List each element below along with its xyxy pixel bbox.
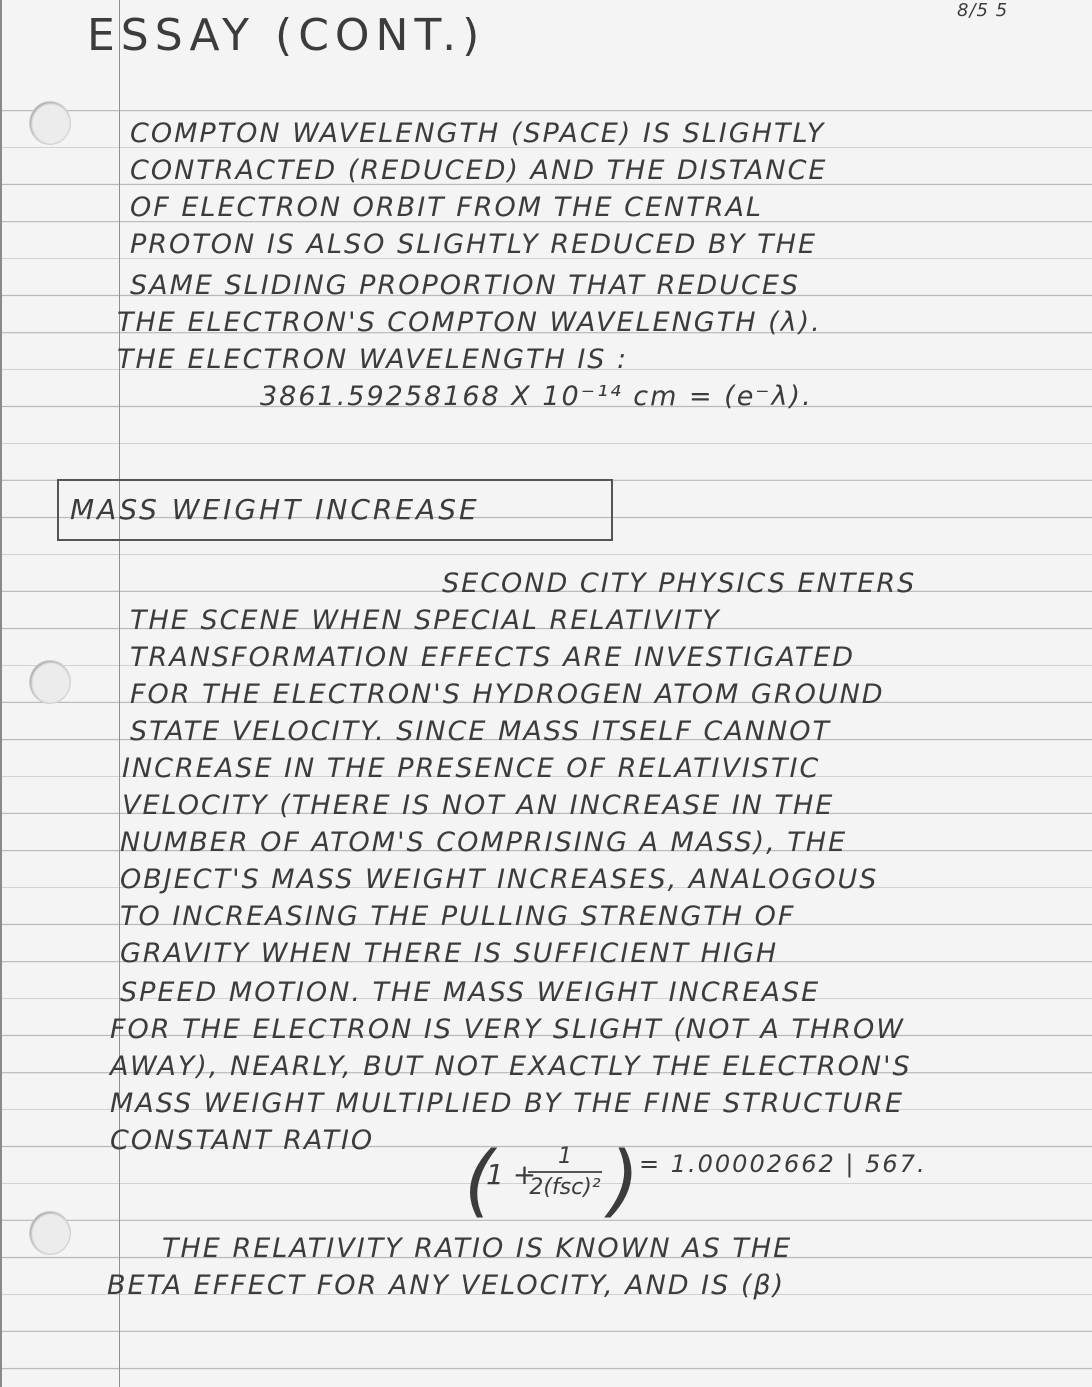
page-title: ESSAY (CONT.): [87, 10, 485, 61]
text-line: INCREASE IN THE PRESENCE OF RELATIVISTIC: [122, 753, 820, 784]
formula-fraction: 1 2(fsc)²: [528, 1144, 602, 1200]
text-line: THE RELATIVITY RATIO IS KNOWN AS THE: [162, 1233, 792, 1264]
text-line: GRAVITY WHEN THERE IS SUFFICIENT HIGH: [120, 938, 778, 969]
text-line: MASS WEIGHT MULTIPLIED BY THE FINE STRUC…: [110, 1088, 904, 1119]
text-line: CONTRACTED (REDUCED) AND THE DISTANCE: [130, 155, 828, 186]
text-line: THE ELECTRON WAVELENGTH IS :: [117, 344, 628, 375]
text-line: STATE VELOCITY. SINCE MASS ITSELF CANNOT: [130, 716, 831, 747]
text-line: FOR THE ELECTRON IS VERY SLIGHT (NOT A T…: [110, 1014, 905, 1045]
formula-result: = 1.00002662 | 567.: [639, 1150, 927, 1178]
fraction-bar: [528, 1171, 602, 1173]
text-line: THE ELECTRON'S COMPTON WAVELENGTH (λ).: [117, 307, 822, 338]
text-line: BETA EFFECT FOR ANY VELOCITY, AND IS (β): [107, 1270, 785, 1301]
margin-line: [119, 0, 120, 1387]
section-heading: MASS WEIGHT INCREASE: [70, 493, 480, 526]
text-line: SAME SLIDING PROPORTION THAT REDUCES: [130, 270, 800, 301]
text-line: FOR THE ELECTRON'S HYDROGEN ATOM GROUND: [130, 679, 885, 710]
text-line: AWAY), NEARLY, BUT NOT EXACTLY THE ELECT…: [110, 1051, 912, 1082]
text-line: CONSTANT RATIO: [110, 1125, 374, 1156]
text-line: SPEED MOTION. THE MASS WEIGHT INCREASE: [120, 977, 820, 1008]
wavelength-value: 3861.59258168 X 10⁻¹⁴ cm = (e⁻λ).: [260, 381, 813, 412]
text-line: OBJECT'S MASS WEIGHT INCREASES, ANALOGOU…: [120, 864, 878, 895]
fraction-numerator: 1: [528, 1144, 602, 1169]
close-paren: ): [609, 1142, 639, 1220]
fraction-denominator: 2(fsc)²: [528, 1175, 602, 1200]
punch-hole: [30, 1212, 70, 1254]
text-line: NUMBER OF ATOM'S COMPRISING A MASS), THE: [120, 827, 847, 858]
page-mark: 8/5 5: [957, 0, 1008, 21]
text-line: TRANSFORMATION EFFECTS ARE INVESTIGATED: [130, 642, 855, 673]
notebook-page: ESSAY (CONT.) 8/5 5 COMPTON WAVELENGTH (…: [0, 0, 1092, 1387]
relativity-formula: ( 1 + 1 2(fsc)² ) = 1.00002662 | 567.: [464, 1150, 1024, 1230]
text-line: THE SCENE WHEN SPECIAL RELATIVITY: [130, 605, 721, 636]
text-line: SECOND CITY PHYSICS ENTERS: [442, 568, 916, 599]
text-line: TO INCREASING THE PULLING STRENGTH OF: [120, 901, 795, 932]
punch-hole: [30, 661, 70, 703]
text-line: OF ELECTRON ORBIT FROM THE CENTRAL: [130, 192, 763, 223]
text-line: PROTON IS ALSO SLIGHTLY REDUCED BY THE: [130, 229, 817, 260]
text-line: COMPTON WAVELENGTH (SPACE) IS SLIGHTLY: [130, 118, 825, 149]
text-line: VELOCITY (THERE IS NOT AN INCREASE IN TH…: [122, 790, 834, 821]
punch-hole: [30, 102, 70, 144]
